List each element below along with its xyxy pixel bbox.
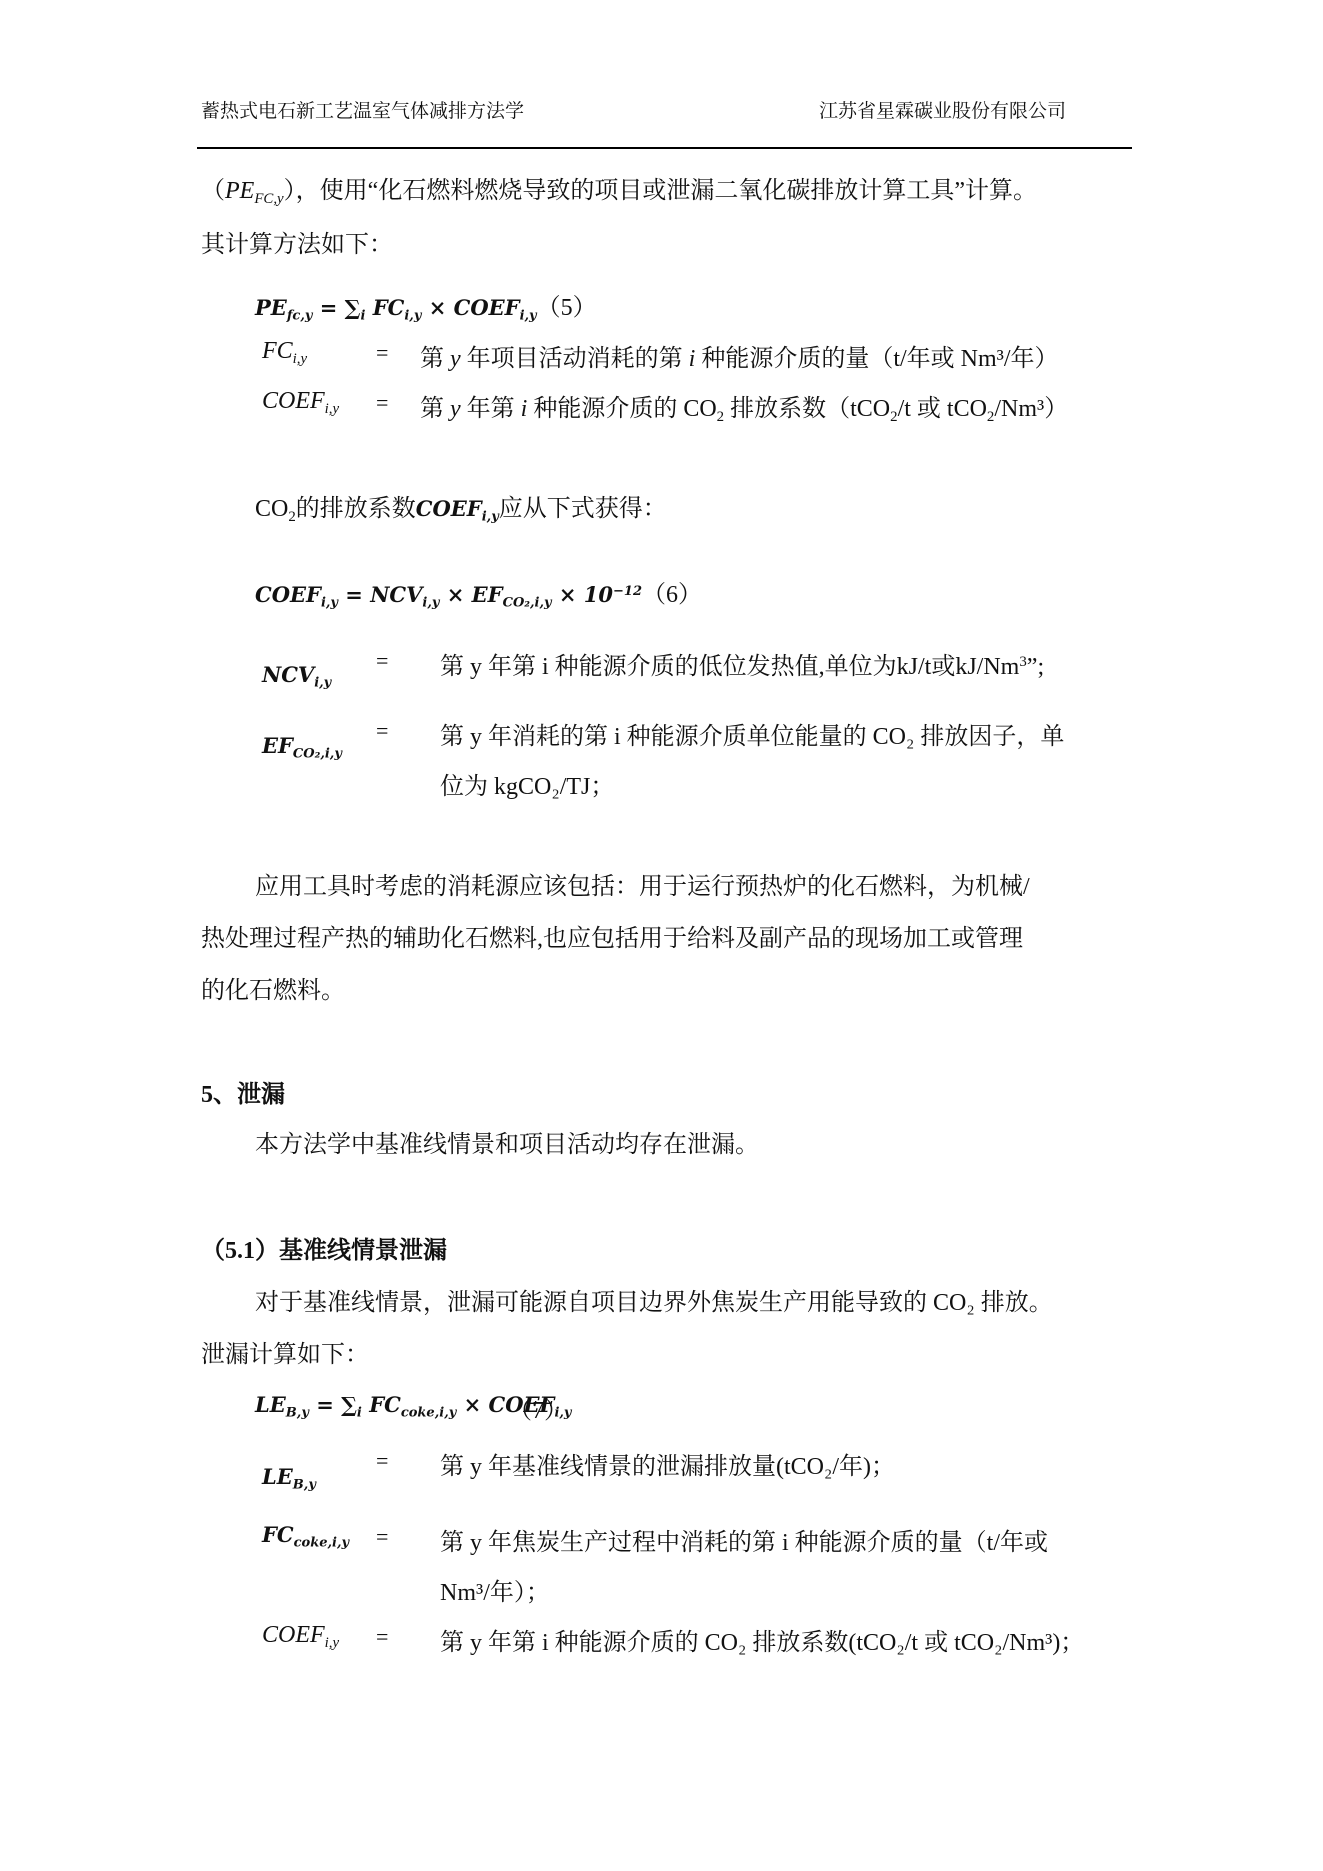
formula-6: COEFi,y = NCVi,y × EFCO₂,i,y × 10−12（6）	[255, 574, 702, 609]
header-document-title: 蓄热式电石新工艺温室气体减排方法学	[201, 96, 524, 123]
def-symbol-coef: COEFi,y	[262, 388, 339, 415]
co2-coefficient-intro: CO2的排放系数COEFi,y应从下式获得：	[255, 488, 667, 523]
def-equals: =	[376, 648, 388, 674]
equation-number-5: （5）	[537, 295, 597, 321]
def-equals: =	[376, 718, 388, 744]
def-text-le: 第 y 年基准线情景的泄漏排放量(tCO₂/年)；	[440, 1446, 895, 1481]
def-equals: =	[376, 390, 388, 416]
intro-line-2: 其计算方法如下：	[201, 224, 393, 259]
def-symbol-fc-coke: FCcoke,i,y	[262, 1522, 349, 1547]
def-equals: =	[376, 1624, 388, 1650]
equation-number-7: （7）	[508, 1390, 568, 1425]
paragraph-sources-line-3: 的化石燃料。	[201, 970, 345, 1005]
def-equals: =	[376, 340, 388, 366]
paragraph-sources-line-2: 热处理过程产热的辅助化石燃料,也应包括用于给料及副产品的现场加工或管理	[201, 918, 1023, 953]
def-symbol-ncv: NCVi,y	[262, 662, 331, 687]
def-text-fc-coke-line-1: 第 y 年焦炭生产过程中消耗的第 i 种能源介质的量（t/年或	[440, 1522, 1048, 1557]
def-text-ncv: 第 y 年第 i 种能源介质的低位发热值,单位为kJ/t或kJ/Nm3”;	[440, 646, 1044, 681]
def-text-ef-line-2: 位为 kgCO₂/TJ；	[440, 766, 614, 801]
def-text-coef-2: 第 y 年第 i 种能源介质的 CO₂ 排放系数(tCO₂/t 或 tCO₂/N…	[440, 1622, 1084, 1657]
section-5-1-heading: （5.1）基准线情景泄漏	[201, 1230, 447, 1265]
def-symbol-fc: FCi,y	[262, 338, 307, 365]
symbol-pe-fc: PEFC,y	[225, 178, 284, 204]
header-company-name: 江苏省星霖碳业股份有限公司	[819, 96, 1066, 123]
section-5-1-line-1: 对于基准线情景，泄漏可能源自项目边界外焦炭生产用能导致的 CO₂ 排放。	[255, 1282, 1053, 1317]
formula-5: PEfc,y = ∑i FCi,y × COEFi,y（5）	[255, 287, 597, 322]
def-equals: =	[376, 1448, 388, 1474]
def-symbol-ef: EFCO₂,i,y	[262, 733, 342, 758]
def-symbol-coef: COEFi,y	[262, 1622, 339, 1649]
section-5-1-line-2: 泄漏计算如下：	[201, 1334, 369, 1369]
def-text-fc-coke-line-2: Nm³/年）；	[440, 1572, 550, 1607]
def-text-fc: 第 y 年项目活动消耗的第 i 种能源介质的量（t/年或 Nm³/年）	[420, 338, 1059, 373]
equation-number-6: （6）	[642, 582, 702, 608]
paragraph-sources-line-1: 应用工具时考虑的消耗源应该包括：用于运行预热炉的化石燃料，为机械/	[255, 866, 1030, 901]
def-equals: =	[376, 1524, 388, 1550]
intro-line-1: （PEFC,y），使用“化石燃料燃烧导致的项目或泄漏二氧化碳排放计算工具”计算。	[201, 170, 1037, 205]
section-5-heading: 5、泄漏	[201, 1074, 285, 1109]
def-symbol-le: LEB,y	[262, 1464, 316, 1489]
def-text-coef: 第 y 年第 i 种能源介质的 CO2 排放系数（tCO2/t 或 tCO2/N…	[420, 388, 1068, 423]
section-5-text: 本方法学中基准线情景和项目活动均存在泄漏。	[255, 1124, 759, 1159]
def-text-ef-line-1: 第 y 年消耗的第 i 种能源介质单位能量的 CO₂ 排放因子，单	[440, 716, 1064, 751]
header-divider	[197, 147, 1132, 149]
